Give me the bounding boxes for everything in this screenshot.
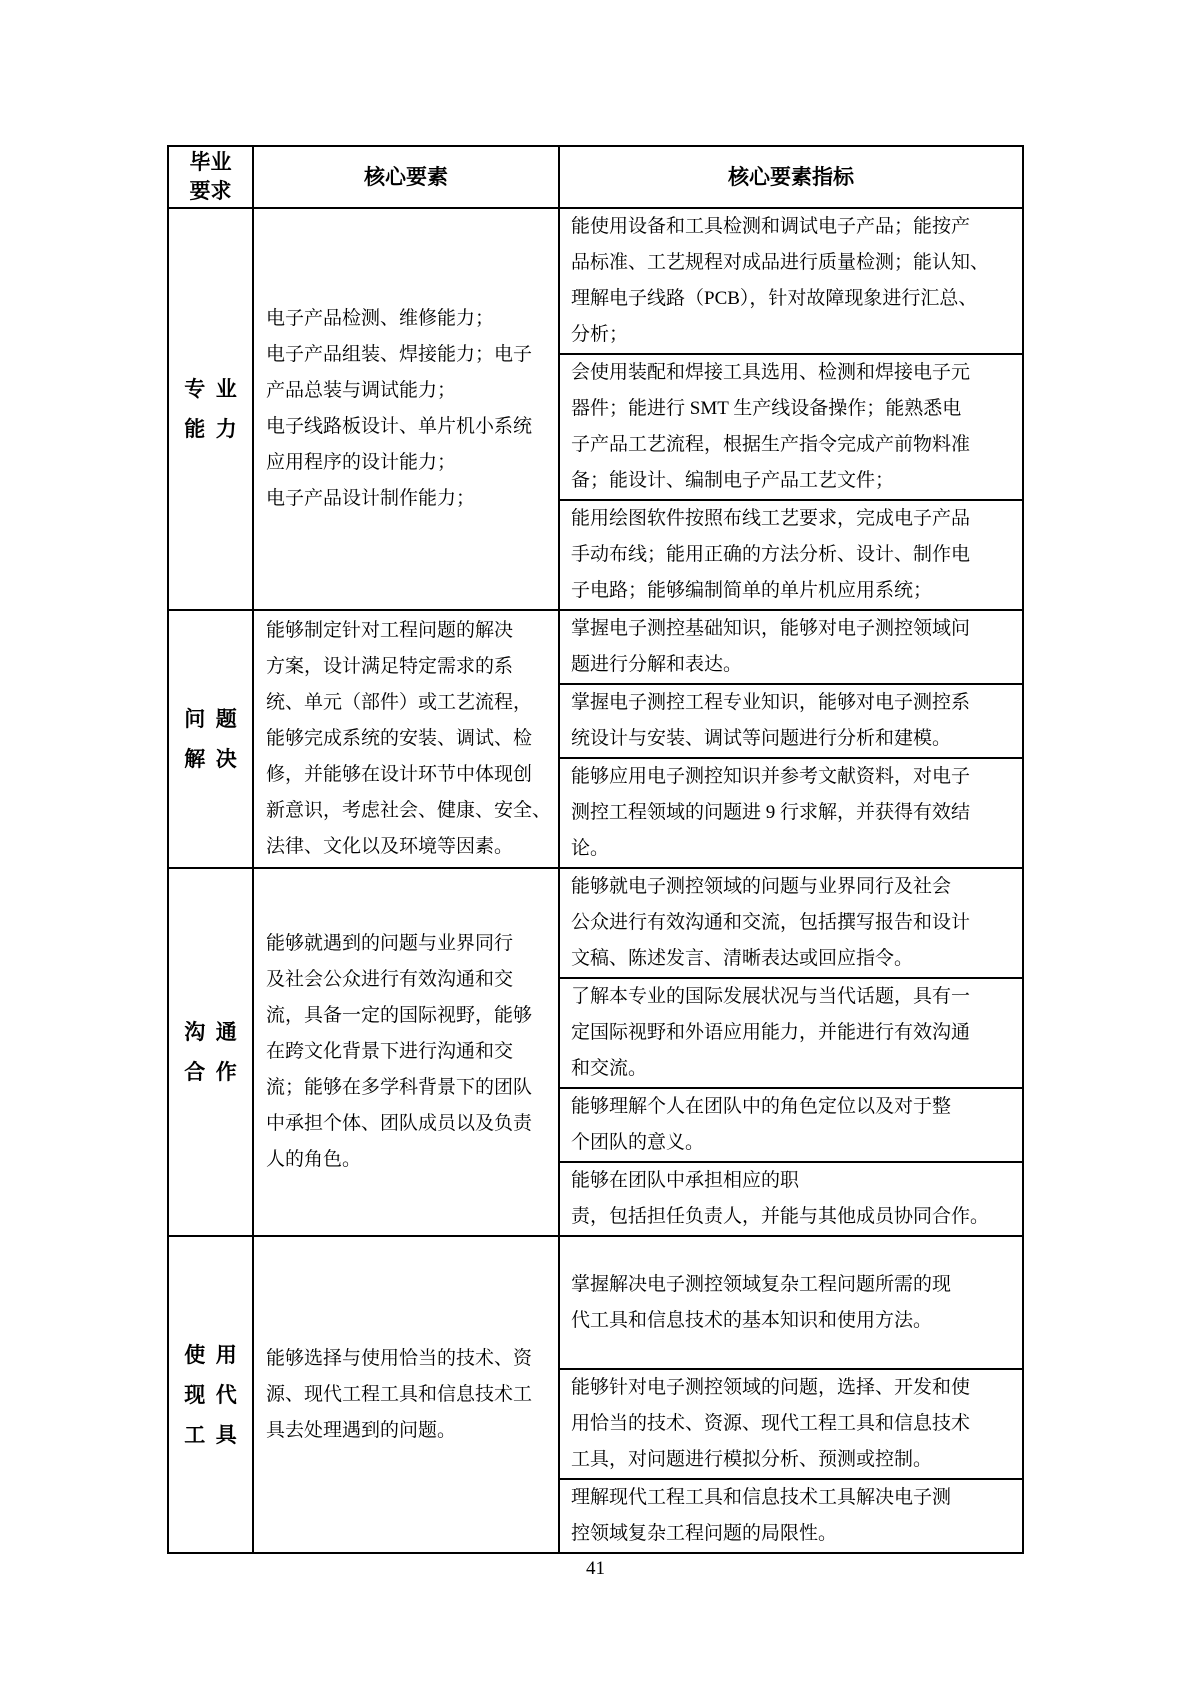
table-row: 沟 通 合 作 能够就遇到的问题与业界同行 及社会公众进行有效沟通和交 流，具备…: [168, 868, 1023, 978]
indicator-cell: 能够在团队中承担相应的职 责，包括担任负责人，并能与其他成员协同合作。: [559, 1162, 1023, 1236]
core-element-cell: 能够就遇到的问题与业界同行 及社会公众进行有效沟通和交 流，具备一定的国际视野，…: [253, 868, 559, 1236]
indicator-cell: 能够就电子测控领域的问题与业界同行及社会 公众进行有效沟通和交流，包括撰写报告和…: [559, 868, 1023, 978]
indicator-cell: 理解现代工程工具和信息技术工具解决电子测 控领域复杂工程问题的局限性。: [559, 1479, 1023, 1553]
header-graduation-requirement: 毕业 要求: [168, 146, 253, 208]
requirement-cell-modern-tools: 使 用 现 代 工 具: [168, 1236, 253, 1553]
core-element-cell: 电子产品检测、维修能力； 电子产品组装、焊接能力；电子 产品总装与调试能力； 电…: [253, 208, 559, 610]
indicator-cell: 了解本专业的国际发展状况与当代话题，具有一 定国际视野和外语应用能力，并能进行有…: [559, 978, 1023, 1088]
requirement-cell-problem-solving: 问 题 解 决: [168, 610, 253, 868]
indicator-cell: 掌握电子测控工程专业知识，能够对电子测控系 统设计与安装、调试等问题进行分析和建…: [559, 684, 1023, 758]
requirement-cell-professional-ability: 专 业 能 力: [168, 208, 253, 610]
core-element-cell: 能够选择与使用恰当的技术、资 源、现代工程工具和信息技术工 具去处理遇到的问题。: [253, 1236, 559, 1553]
header-core-element-indicator: 核心要素指标: [559, 146, 1023, 208]
indicator-cell: 能使用设备和工具检测和调试电子产品；能按产 品标准、工艺规程对成品进行质量检测；…: [559, 208, 1023, 354]
indicator-cell: 会使用装配和焊接工具选用、检测和焊接电子元 器件；能进行 SMT 生产线设备操作…: [559, 354, 1023, 500]
indicator-cell: 能够针对电子测控领域的问题，选择、开发和使 用恰当的技术、资源、现代工程工具和信…: [559, 1369, 1023, 1479]
page-number: 41: [0, 1556, 1191, 1582]
core-element-cell: 能够制定针对工程问题的解决 方案，设计满足特定需求的系 统、单元（部件）或工艺流…: [253, 610, 559, 868]
table-row: 使 用 现 代 工 具 能够选择与使用恰当的技术、资 源、现代工程工具和信息技术…: [168, 1236, 1023, 1369]
header-core-element: 核心要素: [253, 146, 559, 208]
indicator-cell: 能够应用电子测控知识并参考文献资料，对电子 测控工程领域的问题进 9 行求解，并…: [559, 758, 1023, 868]
requirement-cell-communication-cooperation: 沟 通 合 作: [168, 868, 253, 1236]
document-page: 毕业 要求 核心要素 核心要素指标 专 业 能 力 电子产品检测、维修能力； 电…: [0, 0, 1191, 1684]
table-row: 问 题 解 决 能够制定针对工程问题的解决 方案，设计满足特定需求的系 统、单元…: [168, 610, 1023, 684]
indicator-cell: 掌握电子测控基础知识，能够对电子测控领域问 题进行分解和表达。: [559, 610, 1023, 684]
table-header-row: 毕业 要求 核心要素 核心要素指标: [168, 146, 1023, 208]
graduation-requirements-table: 毕业 要求 核心要素 核心要素指标 专 业 能 力 电子产品检测、维修能力； 电…: [167, 145, 1024, 1554]
indicator-cell: 掌握解决电子测控领域复杂工程问题所需的现 代工具和信息技术的基本知识和使用方法。: [559, 1236, 1023, 1369]
table-row: 专 业 能 力 电子产品检测、维修能力； 电子产品组装、焊接能力；电子 产品总装…: [168, 208, 1023, 354]
indicator-cell: 能用绘图软件按照布线工艺要求，完成电子产品 手动布线；能用正确的方法分析、设计、…: [559, 500, 1023, 610]
indicator-cell: 能够理解个人在团队中的角色定位以及对于整 个团队的意义。: [559, 1088, 1023, 1162]
